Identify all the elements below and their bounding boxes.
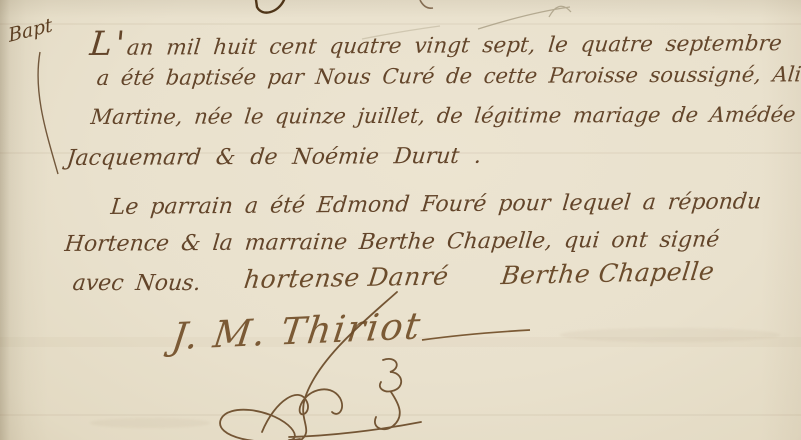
record-line-6: Hortence & la marraine Berthe Chapelle, … <box>64 227 721 257</box>
signature-hortense-danre: hortense Danré <box>242 261 450 294</box>
record-line-3: Martine, née le quinze juillet, de légit… <box>90 103 797 129</box>
signature-berthe-chapelle: Berthe Chapelle <box>500 257 717 291</box>
margin-note-bapt: Bapt <box>7 14 54 47</box>
paper-streak <box>0 414 801 416</box>
record-line-5: Le parrain a été Edmond Fouré pour leque… <box>110 189 763 220</box>
paper-smudge <box>560 328 780 342</box>
signature-priest-thiriot: J. M. Thiriot <box>169 304 424 358</box>
record-line-2: a été baptisée par Nous Curé de cette Pa… <box>96 62 801 90</box>
record-line-4: Jacquemard & de Noémie Durut . <box>66 144 483 171</box>
margin-note-tail <box>38 52 58 174</box>
paper-smudge <box>90 418 210 428</box>
top-edge-ink-stroke <box>256 0 433 13</box>
manuscript-page: Bapt L'an mil huit cent quatre vingt sep… <box>0 0 801 440</box>
record-line-7: avec Nous. <box>71 271 201 296</box>
record-line-1: L'an mil huit cent quatre vingt sept, le… <box>88 19 784 63</box>
